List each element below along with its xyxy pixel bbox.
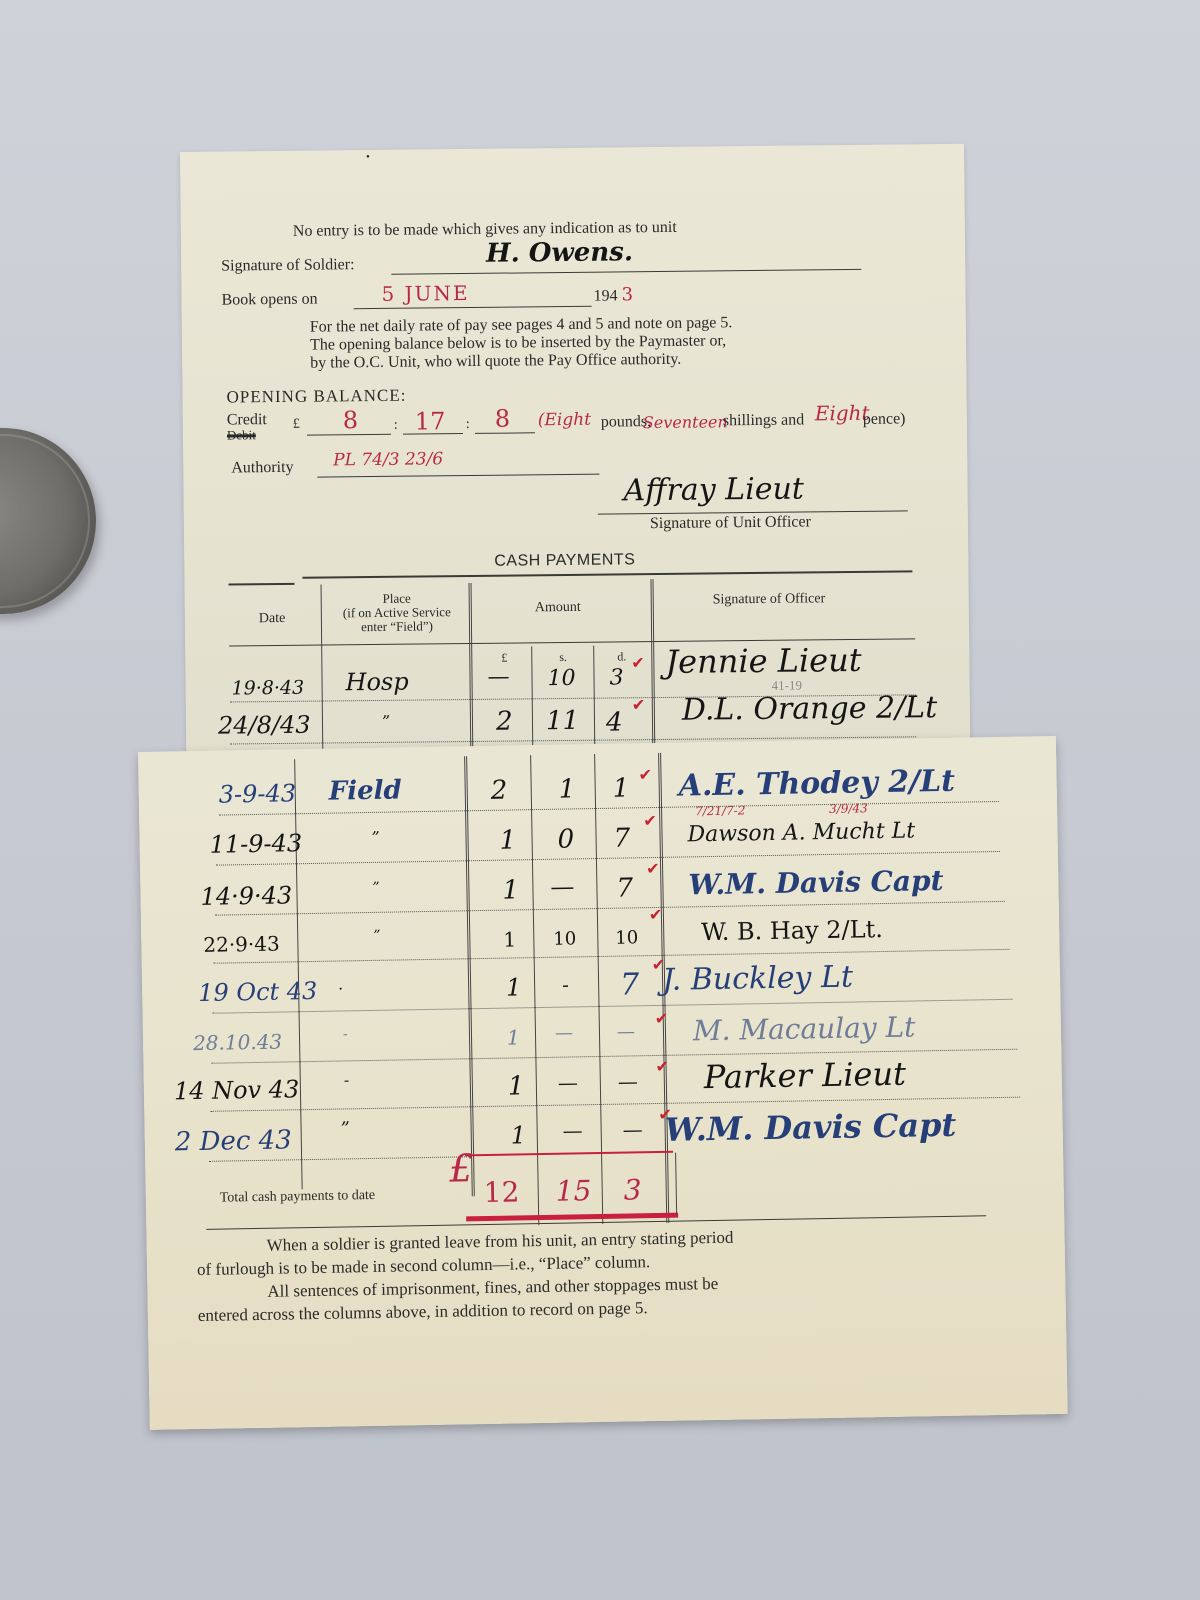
row-signature: W.M. Davis Capt: [664, 1106, 956, 1149]
shillings-label: shillings and: [723, 411, 805, 430]
header-amount: Amount: [535, 600, 581, 616]
currency-symbol: £: [293, 417, 300, 433]
row-dotted-line: [215, 901, 1005, 916]
row-pence: 1: [612, 773, 629, 803]
total-box-bottom: [466, 1213, 678, 1222]
row-place: -: [344, 1070, 350, 1089]
row-place: -: [343, 1026, 348, 1042]
colon-separator: :: [394, 418, 398, 434]
header-date: Date: [259, 611, 286, 627]
column-divider: [469, 583, 474, 753]
check-mark-icon: ✔: [649, 905, 663, 924]
row-pence: 7: [613, 823, 630, 853]
row-shillings: 10: [547, 666, 575, 691]
row-place: ”: [373, 928, 380, 944]
check-mark-icon: ✔: [646, 859, 660, 878]
row-dotted-line: [214, 949, 1010, 964]
row-shillings: 0: [557, 824, 574, 854]
footer-notes: When a soldier is granted leave from his…: [196, 1221, 987, 1327]
row-signature: Jennie Lieut: [665, 641, 862, 681]
pay-book-upper-page: ● No entry is to be made which gives any…: [180, 144, 970, 762]
unit-officer-label: Signature of Unit Officer: [650, 513, 811, 533]
check-mark-icon: ✔: [632, 695, 646, 714]
total-pence: 3: [623, 1173, 641, 1206]
row-pounds: 1: [508, 1071, 525, 1101]
row-place: .: [338, 974, 343, 993]
row-shillings: —: [550, 872, 574, 900]
authority-line: [317, 474, 599, 478]
check-mark-icon: ✔: [655, 1009, 669, 1028]
row-date: 28.10.43: [193, 1030, 282, 1056]
row-dotted-line: [209, 1156, 469, 1162]
soldier-signature-label: Signature of Soldier:: [221, 256, 354, 275]
column-divider: [294, 759, 303, 1189]
column-divider: [650, 579, 655, 751]
header-signature: Signature of Officer: [713, 591, 826, 608]
row-dotted-line: [216, 851, 1000, 866]
shillings-words: Seventeen: [643, 412, 728, 432]
row-shillings: -: [562, 973, 569, 997]
row-signature: W.M. Davis Capt: [688, 864, 944, 901]
header-pence: d.: [617, 649, 626, 664]
row-pence: 10: [615, 927, 638, 948]
book-opens-year-prefix: 194: [593, 287, 617, 305]
row-signature: J. Buckley Lt: [662, 960, 854, 998]
pence-label: pence): [863, 410, 906, 428]
debit-label-struck: Debit: [227, 427, 256, 443]
total-box-top: [465, 1151, 673, 1157]
row-pounds: 1: [511, 1121, 527, 1149]
header-place: Place (if on Active Service enter “Field…: [325, 591, 469, 635]
colon-separator: :: [466, 417, 470, 433]
row-signature: A.E. Thodey 2/Lt: [678, 764, 955, 804]
row-signature: Parker Lieut: [703, 1055, 906, 1097]
authority-label: Authority: [231, 459, 293, 478]
row-pence: 3: [609, 665, 623, 690]
row-pounds: 1: [499, 825, 516, 855]
row-pence: 7: [620, 967, 640, 1002]
row-date: 19 Oct 43: [198, 977, 318, 1007]
balance-pounds: 8: [343, 406, 359, 434]
row-shillings: —: [562, 1118, 582, 1142]
soldier-signature-line: [391, 269, 861, 275]
check-mark-icon: ✔: [631, 653, 645, 672]
row-shillings: —: [555, 1022, 573, 1043]
pay-book-lower-page: 3-9-43 Field 2 1 1 ✔ A.E. Thodey 2/Lt 7/…: [138, 736, 1068, 1430]
balance-pence: 8: [495, 405, 511, 433]
row-shillings: 11: [546, 706, 579, 736]
row-pounds: 1: [506, 973, 522, 1001]
total-pounds-symbol: £: [449, 1146, 474, 1190]
row-shillings: 1: [558, 774, 575, 804]
row-place: Field: [328, 775, 401, 806]
row-pounds: 1: [507, 1025, 520, 1049]
header-shillings: s.: [559, 650, 567, 665]
page-dot: ●: [366, 154, 370, 160]
row-place: Hosp: [345, 668, 408, 697]
row-date: 22·9·43: [203, 932, 280, 957]
row-date: 24/8/43: [218, 711, 311, 740]
check-mark-icon: ✔: [643, 811, 657, 830]
row-pence: 7: [616, 873, 633, 903]
total-label: Total cash payments to date: [220, 1188, 376, 1207]
row-signature: D.L. Orange 2/Lt: [682, 690, 938, 728]
row-pounds: 2: [496, 707, 513, 737]
row-pounds: —: [487, 665, 509, 690]
row-date: 19·8·43: [232, 677, 305, 700]
column-divider: [464, 756, 475, 1196]
header-place-line: enter “Field”): [325, 619, 469, 635]
row-pounds: 2: [490, 776, 507, 806]
table-top-rule: [229, 583, 295, 586]
row-pence: —: [618, 1069, 638, 1093]
column-divider: [675, 1153, 677, 1215]
row-place: ”: [372, 880, 379, 896]
row-signature: Dawson A. Mucht Lt: [687, 818, 915, 847]
cash-payments-title: CASH PAYMENTS: [494, 551, 635, 570]
instruction-line: by the O.C. Unit, who will quote the Pay…: [310, 350, 733, 372]
row-place: ”: [340, 1118, 350, 1139]
column-divider: [321, 585, 324, 755]
row-pounds: 1: [502, 875, 519, 905]
pence-words: Eight: [815, 401, 870, 426]
book-opens-label: Book opens on: [221, 291, 317, 310]
check-mark-icon: ✔: [655, 1057, 669, 1076]
book-opens-date: 5 JUNE: [381, 281, 469, 306]
row-pence: —: [622, 1117, 642, 1141]
balance-shillings: 17: [415, 407, 446, 435]
total-shillings: 15: [555, 1174, 591, 1208]
authority-value: PL 74/3 23/6: [333, 449, 443, 470]
pounds-words: (Eight: [538, 410, 591, 431]
check-mark-icon: ✔: [638, 765, 652, 784]
instructions: For the net daily rate of pay see pages …: [310, 314, 733, 372]
row-place: ”: [382, 712, 390, 731]
book-opens-year-digit: 3: [621, 284, 633, 305]
row-shillings: 10: [553, 928, 576, 949]
row-date: 11-9-43: [209, 829, 302, 859]
row-date: 14·9·43: [200, 881, 292, 911]
row-pounds: 1: [503, 927, 516, 951]
row-date: 14 Nov 43: [174, 1075, 300, 1105]
unit-officer-signature: Affray Lieut: [623, 471, 804, 508]
opening-balance-heading: OPENING BALANCE:: [226, 386, 406, 408]
row-pence: —: [617, 1021, 635, 1042]
row-place: ”: [371, 828, 380, 847]
total-pounds: 12: [483, 1175, 519, 1209]
soldier-signature: H. Owens.: [486, 237, 633, 269]
row-signature: W. B. Hay 2/Lt.: [701, 915, 883, 946]
header-pounds: £: [501, 651, 507, 666]
table-top-rule: [302, 570, 912, 578]
row-pence: 4: [606, 707, 623, 737]
row-date: 3-9-43: [219, 779, 297, 808]
row-shillings: —: [558, 1070, 578, 1094]
book-opens-line: [354, 306, 592, 309]
row-date: 2 Dec 43: [175, 1125, 292, 1157]
row-signature: M. Macaulay Lt: [693, 1010, 916, 1047]
